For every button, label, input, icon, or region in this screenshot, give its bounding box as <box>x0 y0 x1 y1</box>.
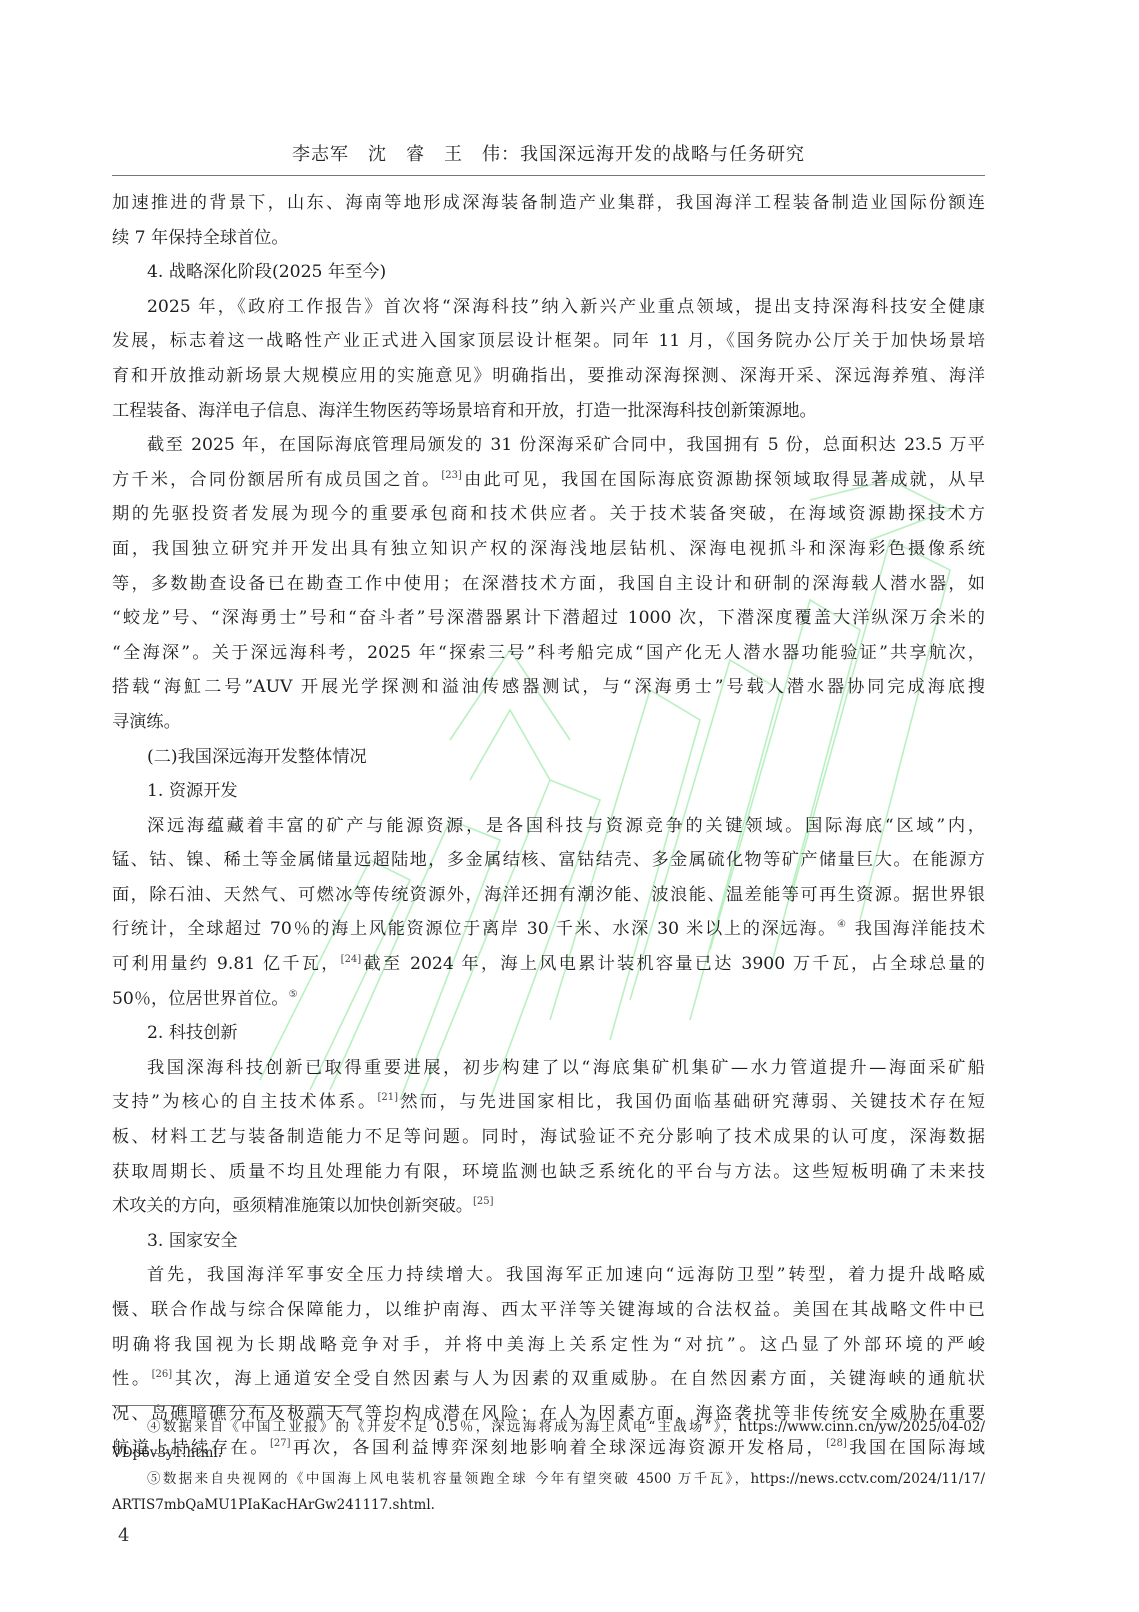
line-text: 我国海洋能技术 <box>848 919 985 939</box>
footnote-rule <box>112 1405 362 1406</box>
text-line: “蛟龙”号、“深海勇士”号和“奋斗者”号深潜器累计下潜超过 1000 次，下潜深… <box>112 601 985 636</box>
text-line: 面，除石油、天然气、可燃冰等传统资源外，海洋还拥有潮汐能、波浪能、温差能等可再生… <box>112 878 985 913</box>
line-text: “蛟龙”号、“深海勇士”号和“奋斗者”号深潜器累计下潜超过 1000 次，下潜深… <box>112 608 985 628</box>
text-line: 育和开放推动新场景大规模应用的实施意见》明确指出，要推动深海探测、深海开采、深远… <box>112 359 985 394</box>
line-text: 首先，我国海洋军事安全压力持续增大。我国海军正加速向“远海防卫型”转型，着力提升… <box>147 1265 985 1285</box>
citation-marker: [21] <box>378 1092 399 1103</box>
text-line: 行统计，全球超过 70％的海上风能资源位于离岸 30 千米、水深 30 米以上的… <box>112 912 985 947</box>
line-text: 加速推进的背景下，山东、海南等地形成深海装备制造产业集群，我国海洋工程装备制造业… <box>112 193 985 213</box>
line-text: 然而，与先进国家相比，我国仍面临基础研究薄弱、关键技术存在短 <box>398 1092 985 1112</box>
footnote-line: ARTIS7mbQaMU1PIaKacHArGw241117.shtml. <box>112 1492 985 1518</box>
text-line: 50％，位居世界首位。⑤ <box>112 982 985 1017</box>
line-text: 面，我国独立研究并开发出具有独立知识产权的深海浅地层钻机、深海电视抓斗和深海彩色… <box>112 539 985 559</box>
line-text: 截至 2024 年，海上风电累计装机容量已达 3900 万千瓦，占全球总量的 <box>361 954 985 974</box>
text-line: 寻演练。 <box>112 705 985 740</box>
line-text: 2. 科技创新 <box>147 1023 238 1043</box>
line-text: 50％，位居世界首位。 <box>112 989 289 1009</box>
footnote-line: VDp6v3y1.html. <box>112 1440 985 1466</box>
text-line: 支持”为核心的自主技术体系。[21]然而，与先进国家相比，我国仍面临基础研究薄弱… <box>112 1085 985 1120</box>
line-text: 性。 <box>112 1369 152 1389</box>
line-text: 1. 资源开发 <box>147 781 238 801</box>
line-text: 我国深海科技创新已取得重要进展，初步构建了以“海底集矿机集矿—水力管道提升—海面… <box>147 1058 985 1078</box>
text-line: 锰、钴、镍、稀土等金属储量远超陆地，多金属结核、富钴结壳、多金属硫化物等矿产储量… <box>112 843 985 878</box>
text-line: 深远海蕴藏着丰富的矿产与能源资源，是各国科技与资源竞争的关键领域。国际海底“区域… <box>112 809 985 844</box>
text-line: 加速推进的背景下，山东、海南等地形成深海装备制造产业集群，我国海洋工程装备制造业… <box>112 186 985 221</box>
text-line: 慑、联合作战与综合保障能力，以维护南海、西太平洋等关键海域的合法权益。美国在其战… <box>112 1293 985 1328</box>
citation-marker: [26] <box>152 1369 173 1380</box>
footnote-line: ⑤数据来自央视网的《中国海上风电装机容量领跑全球 今年有望突破 4500 万千瓦… <box>112 1466 985 1492</box>
text-line: 可利用量约 9.81 亿千瓦，[24]截至 2024 年，海上风电累计装机容量已… <box>112 947 985 982</box>
footnote-line: ④数据来自《中国工业报》的《开发不足 0.5％，深远海将成为海上风电“主战场”》… <box>112 1414 985 1440</box>
text-line: 术攻关的方向，亟须精准施策以加快创新突破。[25] <box>112 1189 985 1224</box>
text-line: “全海深”。关于深远海科考，2025 年“探索三号”科考船完成“国产化无人潜水器… <box>112 636 985 671</box>
text-line: 明确将我国视为长期战略竞争对手，并将中美海上关系定性为“对抗”。这凸显了外部环境… <box>112 1328 985 1363</box>
line-text: 其次，海上通道安全受自然因素与人为因素的双重威胁。在自然因素方面，关键海峡的通航… <box>172 1369 985 1389</box>
text-line: 搭载“海魟二号”AUV 开展光学探测和溢油传感器测试，与“深海勇士”号载人潜水器… <box>112 670 985 705</box>
text-line: 工程装备、海洋电子信息、海洋生物医药等场景培育和开放，打造一批深海科技创新策源地… <box>112 394 985 429</box>
text-line: 发展，标志着这一战略性产业正式进入国家顶层设计框架。同年 11 月，《国务院办公… <box>112 324 985 359</box>
line-text: 可利用量约 9.81 亿千瓦， <box>112 954 341 974</box>
text-line: 我国深海科技创新已取得重要进展，初步构建了以“海底集矿机集矿—水力管道提升—海面… <box>112 1051 985 1086</box>
line-text: 搭载“海魟二号”AUV 开展光学探测和溢油传感器测试，与“深海勇士”号载人潜水器… <box>112 677 985 697</box>
line-text: 期的先驱投资者发展为现今的重要承包商和技术供应者。关于技术装备突破，在海域资源勘… <box>112 504 985 524</box>
line-text: 发展，标志着这一战略性产业正式进入国家顶层设计框架。同年 11 月，《国务院办公… <box>112 331 985 351</box>
section-heading: 1. 资源开发 <box>112 774 985 809</box>
line-text: 板、材料工艺与装备制造能力不足等问题。同时，海试验证不充分影响了技术成果的认可度… <box>112 1127 985 1147</box>
section-heading: (二)我国深远海开发整体情况 <box>112 740 985 775</box>
line-text: 术攻关的方向，亟须精准施策以加快创新突破。 <box>112 1196 473 1216</box>
body-text: 加速推进的背景下，山东、海南等地形成深海装备制造产业集群，我国海洋工程装备制造业… <box>112 186 985 1466</box>
line-text: 等，多数勘查设备已在勘查工作中使用；在深潜技术方面，我国自主设计和研制的深海载人… <box>112 574 985 594</box>
line-text: 深远海蕴藏着丰富的矿产与能源资源，是各国科技与资源竞争的关键领域。国际海底“区域… <box>147 816 985 836</box>
line-text: 3. 国家安全 <box>147 1231 238 1251</box>
citation-marker: ⑤ <box>289 989 298 1000</box>
line-text: 方千米，合同份额居所有成员国之首。 <box>112 470 441 490</box>
line-text: 续 7 年保持全球首位。 <box>112 228 289 248</box>
line-text: (二)我国深远海开发整体情况 <box>147 747 367 767</box>
text-line: 方千米，合同份额居所有成员国之首。[23]由此可见，我国在国际海底资源勘探领域取… <box>112 463 985 498</box>
line-text: 寻演练。 <box>112 712 181 732</box>
section-heading: 2. 科技创新 <box>112 1016 985 1051</box>
line-text: 明确将我国视为长期战略竞争对手，并将中美海上关系定性为“对抗”。这凸显了外部环境… <box>112 1335 985 1355</box>
page-number: 4 <box>118 1525 129 1546</box>
text-line: 性。[26]其次，海上通道安全受自然因素与人为因素的双重威胁。在自然因素方面，关… <box>112 1362 985 1397</box>
header-rule <box>112 175 985 176</box>
text-line: 首先，我国海洋军事安全压力持续增大。我国海军正加速向“远海防卫型”转型，着力提升… <box>112 1258 985 1293</box>
running-header: 李志军 沈 睿 王 伟：我国深远海开发的战略与任务研究 <box>112 140 985 166</box>
line-text: 面，除石油、天然气、可燃冰等传统资源外，海洋还拥有潮汐能、波浪能、温差能等可再生… <box>112 885 985 905</box>
line-text: 2025 年，《政府工作报告》首次将“深海科技”纳入新兴产业重点领域，提出支持深… <box>147 297 985 317</box>
citation-marker: ④ <box>837 919 848 930</box>
citation-marker: [25] <box>473 1196 494 1207</box>
line-text: 锰、钴、镍、稀土等金属储量远超陆地，多金属结核、富钴结壳、多金属硫化物等矿产储量… <box>112 850 985 870</box>
citation-marker: [24] <box>341 954 362 965</box>
line-text: 4. 战略深化阶段(2025 年至今) <box>147 262 386 282</box>
section-heading: 4. 战略深化阶段(2025 年至今) <box>112 255 985 290</box>
line-text: 慑、联合作战与综合保障能力，以维护南海、西太平洋等关键海域的合法权益。美国在其战… <box>112 1300 985 1320</box>
text-line: 截至 2025 年，在国际海底管理局颁发的 31 份深海采矿合同中，我国拥有 5… <box>112 428 985 463</box>
text-line: 期的先驱投资者发展为现今的重要承包商和技术供应者。关于技术装备突破，在海域资源勘… <box>112 497 985 532</box>
line-text: 由此可见，我国在国际海底资源勘探领域取得显著成就，从早 <box>462 470 985 490</box>
document-page: 李志军 沈 睿 王 伟：我国深远海开发的战略与任务研究 加速推进的背景下，山东、… <box>0 0 1139 1612</box>
line-text: “全海深”。关于深远海科考，2025 年“探索三号”科考船完成“国产化无人潜水器… <box>112 643 985 663</box>
line-text: 支持”为核心的自主技术体系。 <box>112 1092 378 1112</box>
text-line: 获取周期长、质量不均且处理能力有限，环境监测也缺乏系统化的平台与方法。这些短板明… <box>112 1155 985 1190</box>
line-text: 截至 2025 年，在国际海底管理局颁发的 31 份深海采矿合同中，我国拥有 5… <box>147 435 985 455</box>
section-heading: 3. 国家安全 <box>112 1224 985 1259</box>
text-line: 等，多数勘查设备已在勘查工作中使用；在深潜技术方面，我国自主设计和研制的深海载人… <box>112 567 985 602</box>
line-text: 育和开放推动新场景大规模应用的实施意见》明确指出，要推动深海探测、深海开采、深远… <box>112 366 985 386</box>
text-line: 续 7 年保持全球首位。 <box>112 221 985 256</box>
footnotes: ④数据来自《中国工业报》的《开发不足 0.5％，深远海将成为海上风电“主战场”》… <box>112 1414 985 1518</box>
line-text: 行统计，全球超过 70％的海上风能资源位于离岸 30 千米、水深 30 米以上的… <box>112 919 837 939</box>
text-line: 2025 年，《政府工作报告》首次将“深海科技”纳入新兴产业重点领域，提出支持深… <box>112 290 985 325</box>
citation-marker: [23] <box>441 470 462 481</box>
line-text: 获取周期长、质量不均且处理能力有限，环境监测也缺乏系统化的平台与方法。这些短板明… <box>112 1162 985 1182</box>
line-text: 工程装备、海洋电子信息、海洋生物医药等场景培育和开放，打造一批深海科技创新策源地… <box>112 401 817 421</box>
text-line: 板、材料工艺与装备制造能力不足等问题。同时，海试验证不充分影响了技术成果的认可度… <box>112 1120 985 1155</box>
text-line: 面，我国独立研究并开发出具有独立知识产权的深海浅地层钻机、深海电视抓斗和深海彩色… <box>112 532 985 567</box>
